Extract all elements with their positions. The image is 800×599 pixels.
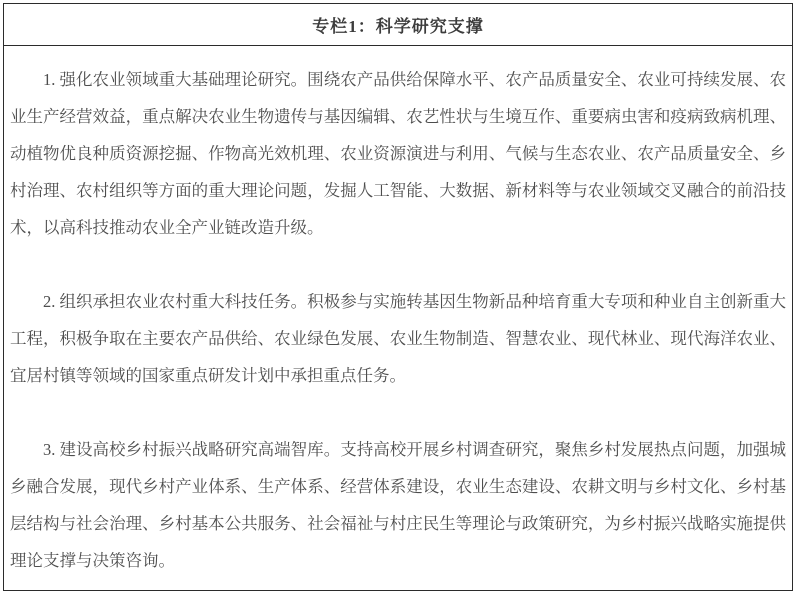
column-title: 专栏1：科学研究支撑 <box>4 4 792 46</box>
column-box: 专栏1：科学研究支撑 1. 强化农业领域重大基础理论研究。围绕农产品供给保障水平… <box>3 3 793 591</box>
paragraph-1: 1. 强化农业领域重大基础理论研究。围绕农产品供给保障水平、农产品质量安全、农业… <box>10 61 786 246</box>
document-page: 专栏1：科学研究支撑 1. 强化农业领域重大基础理论研究。围绕农产品供给保障水平… <box>0 0 800 599</box>
paragraph-3: 3. 建设高校乡村振兴战略研究高端智库。支持高校开展乡村调查研究，聚焦乡村发展热… <box>10 431 786 579</box>
paragraph-2: 2. 组织承担农业农村重大科技任务。积极参与实施转基因生物新品种培育重大专项和种… <box>10 283 786 394</box>
column-body: 1. 强化农业领域重大基础理论研究。围绕农产品供给保障水平、农产品质量安全、农业… <box>4 46 792 579</box>
